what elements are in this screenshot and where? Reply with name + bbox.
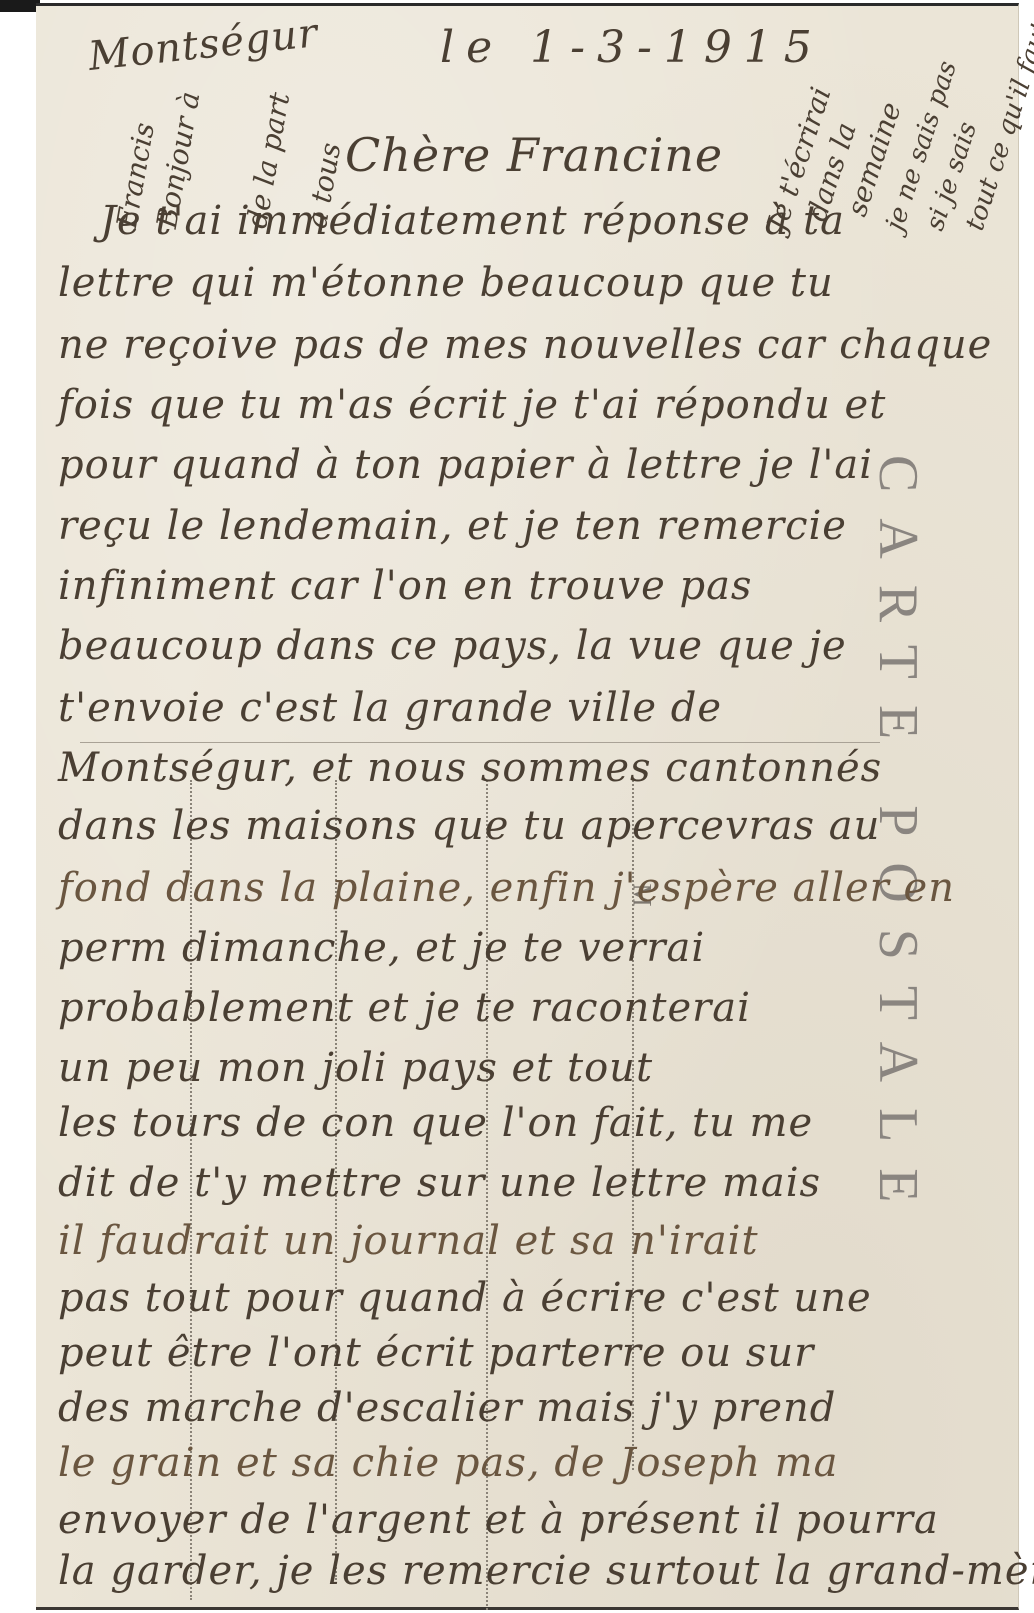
body-line: envoyer de l'argent et à présent il pour… [58, 1497, 939, 1543]
body-line: le grain et sa chie pas, de Joseph ma [58, 1440, 839, 1486]
body-line: les tours de con que l'on fait, tu me [58, 1100, 813, 1146]
body-line: perm dimanche, et je te verrai [58, 925, 705, 971]
body-line: Montségur, et nous sommes cantonnés [58, 745, 882, 791]
body-line: la garder, je les remercie surtout la gr… [58, 1548, 1034, 1594]
body-line: pas tout pour quand à écrire c'est une [58, 1275, 872, 1321]
body-line: dans les maisons que tu apercevras au [58, 803, 880, 849]
body-line: il faudrait un journal et sa n'irait [58, 1218, 759, 1264]
body-line: infiniment car l'on en trouve pas [58, 563, 752, 609]
body-line: reçu le lendemain, et je ten remercie [58, 503, 847, 549]
body-line: un peu mon joli pays et tout [58, 1045, 653, 1091]
body-line: Je t'ai immédiatement réponse à ta [100, 198, 845, 244]
body-line: des marche d'escalier mais j'y prend [58, 1385, 836, 1431]
body-line: peut être l'ont écrit parterre ou sur [58, 1330, 814, 1376]
address-line [80, 742, 880, 743]
scan-edge [0, 0, 40, 12]
body-line: lettre qui m'étonne beaucoup que tu [58, 260, 834, 306]
body-line: pour quand à ton papier à lettre je l'ai [58, 442, 873, 488]
body-line: dit de t'y mettre sur une lettre mais [58, 1160, 821, 1206]
body-line: ne reçoive pas de mes nouvelles car chaq… [58, 322, 992, 368]
body-line: fois que tu m'as écrit je t'ai répondu e… [58, 382, 886, 428]
body-line: t'envoie c'est la grande ville de [58, 685, 722, 731]
salutation: Chère Francine [345, 128, 723, 182]
body-line: beaucoup dans ce pays, la vue que je [58, 623, 847, 669]
body-line: fond dans la plaine, enfin j'espère alle… [58, 865, 955, 911]
body-line: probablement et je te raconterai [58, 985, 751, 1031]
date: le 1-3-1915 [440, 22, 824, 73]
